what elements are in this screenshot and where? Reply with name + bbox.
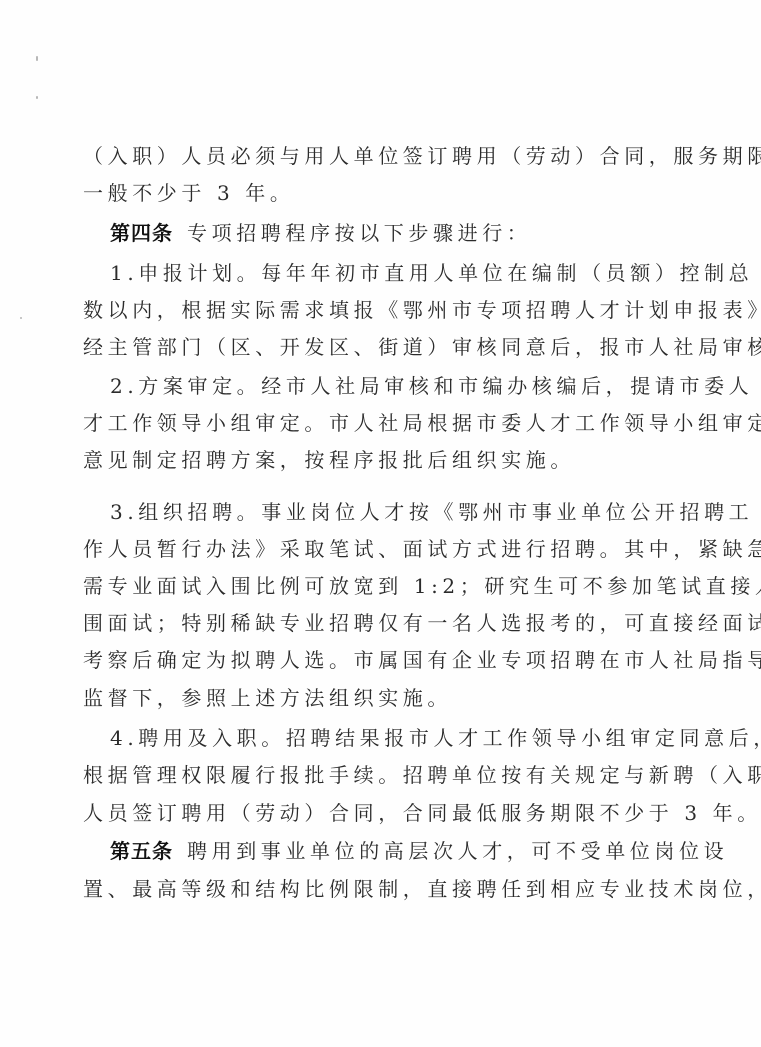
text-line: 需专业面试入围比例可放宽到 1:2；研究生可不参加笔试直接入 [83, 571, 628, 601]
text-line: 根据管理权限履行报批手续。招聘单位按有关规定与新聘（入职） [83, 760, 628, 790]
text-line: （入职）人员必须与用人单位签订聘用（劳动）合同，服务期限 [83, 141, 628, 171]
text-line: 一般不少于 3 年。 [83, 178, 628, 208]
text-line: 1.申报计划。每年年初市直用人单位在编制（员额）控制总 [110, 258, 655, 288]
scan-speck [20, 317, 22, 319]
text-line: 作人员暂行办法》采取笔试、面试方式进行招聘。其中，紧缺急 [83, 534, 628, 564]
scan-speck [36, 56, 38, 61]
text-line: 置、最高等级和结构比例限制，直接聘任到相应专业技术岗位， [83, 874, 628, 904]
text-line: 考察后确定为拟聘人选。市属国有企业专项招聘在市人社局指导 [83, 645, 628, 675]
text-line: 才工作领导小组审定。市人社局根据市委人才工作领导小组审定 [83, 408, 628, 438]
text-line: 4.聘用及入职。招聘结果报市人才工作领导小组审定同意后， [110, 723, 655, 753]
article-heading: 第四条 [110, 221, 173, 245]
article-4-line: 第四条专项招聘程序按以下步骤进行： [110, 218, 655, 248]
text-line: 3.组织招聘。事业岗位人才按《鄂州市事业单位公开招聘工 [110, 497, 655, 527]
text-line: 2.方案审定。经市人社局审核和市编办核编后，提请市委人 [110, 371, 655, 401]
document-page: （入职）人员必须与用人单位签订聘用（劳动）合同，服务期限 一般不少于 3 年。 … [0, 0, 761, 1047]
article-heading: 第五条 [110, 839, 173, 863]
article-text: 专项招聘程序按以下步骤进行： [187, 221, 531, 245]
article-text: 聘用到事业单位的高层次人才，可不受单位岗位设 [187, 839, 728, 863]
text-line: 人员签订聘用（劳动）合同，合同最低服务期限不少于 3 年。 [83, 798, 628, 828]
text-line: 监督下，参照上述方法组织实施。 [83, 683, 628, 713]
scan-speck [36, 96, 38, 99]
text-line: 经主管部门（区、开发区、街道）审核同意后，报市人社局审核。 [83, 332, 628, 362]
text-line: 意见制定招聘方案，按程序报批后组织实施。 [83, 445, 628, 475]
article-5-line: 第五条聘用到事业单位的高层次人才，可不受单位岗位设 [110, 836, 655, 866]
text-line: 数以内，根据实际需求填报《鄂州市专项招聘人才计划申报表》， [83, 295, 628, 325]
text-line: 围面试；特别稀缺专业招聘仅有一名人选报考的，可直接经面试 [83, 608, 628, 638]
